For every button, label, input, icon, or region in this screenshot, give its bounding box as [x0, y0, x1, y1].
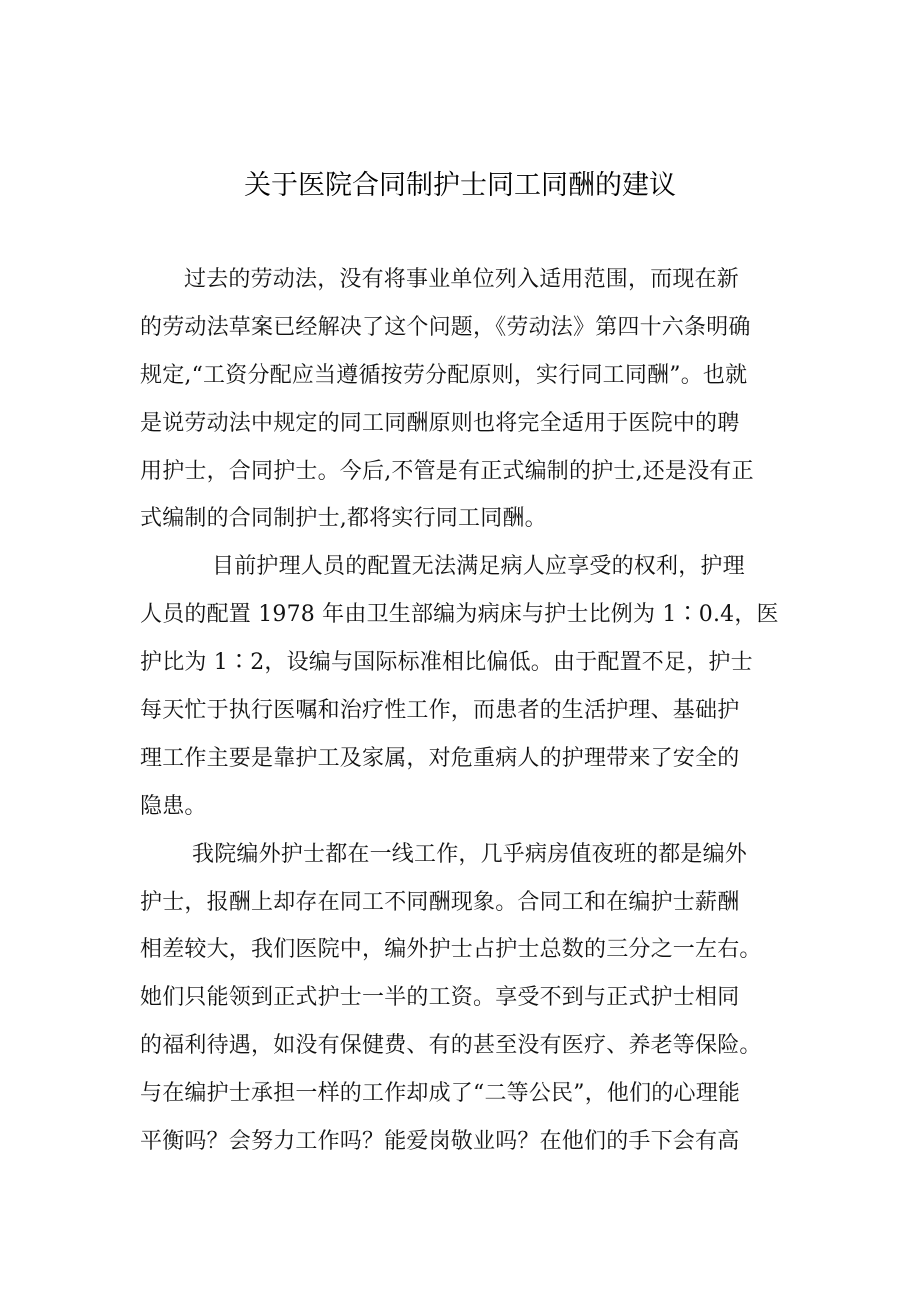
text-line: 的福利待遇，如没有保健费、有的甚至没有医疗、养老等保险。: [140, 1028, 790, 1076]
text-line: 我院编外护士都在一线工作，几乎病房值夜班的都是编外: [140, 837, 790, 885]
text-line: 她们只能领到正式护士一半的工资。享受不到与正式护士相同: [140, 980, 790, 1028]
paragraph-1: 过去的劳动法，没有将事业单位列入适用范围，而现在新 的劳动法草案已经解决了这个问…: [140, 262, 790, 549]
text-line: 是说劳动法中规定的同工同酬原则也将完全适用于医院中的聘: [140, 406, 790, 454]
text-line: 式编制的合同制护士,都将实行同工同酬。: [140, 501, 790, 549]
document-page: 关于医院合同制护士同工同酬的建议 过去的劳动法，没有将事业单位列入适用范围，而现…: [0, 0, 920, 1302]
text-line: 隐患。: [140, 789, 790, 837]
paragraph-3: 我院编外护士都在一线工作，几乎病房值夜班的都是编外 护士，报酬上却存在同工不同酬…: [140, 837, 790, 1172]
text-line: 人员的配置 1978 年由卫生部编为病床与护士比例为 1∶0.4，医: [140, 597, 790, 645]
text-line: 与在编护士承担一样的工作却成了“二等公民”，他们的心理能: [140, 1076, 790, 1124]
text-line: 相差较大，我们医院中，编外护士占护士总数的三分之一左右。: [140, 932, 790, 980]
text-line: 护比为 1∶2，设编与国际标准相比偏低。由于配置不足，护士: [140, 645, 790, 693]
text-line: 平衡吗？会努力工作吗？能爱岗敬业吗？在他们的手下会有高: [140, 1124, 790, 1172]
text-line: 用护士，合同护士。今后,不管是有正式编制的护士,还是没有正: [140, 454, 790, 502]
document-title: 关于医院合同制护士同工同酬的建议: [0, 166, 920, 206]
text-line: 目前护理人员的配置无法满足病人应享受的权利，护理: [140, 549, 790, 597]
text-line: 每天忙于执行医嘱和治疗性工作，而患者的生活护理、基础护: [140, 693, 790, 741]
text-line: 规定,“工资分配应当遵循按劳分配原则，实行同工同酬”。也就: [140, 358, 790, 406]
text-line: 的劳动法草案已经解决了这个问题，《劳动法》第四十六条明确: [140, 310, 790, 358]
paragraph-2: 目前护理人员的配置无法满足病人应享受的权利，护理 人员的配置 1978 年由卫生…: [140, 549, 790, 836]
text-line: 护士，报酬上却存在同工不同酬现象。合同工和在编护士薪酬: [140, 885, 790, 933]
document-body: 过去的劳动法，没有将事业单位列入适用范围，而现在新 的劳动法草案已经解决了这个问…: [140, 262, 790, 1172]
text-line: 过去的劳动法，没有将事业单位列入适用范围，而现在新: [140, 262, 790, 310]
text-line: 理工作主要是靠护工及家属，对危重病人的护理带来了安全的: [140, 741, 790, 789]
